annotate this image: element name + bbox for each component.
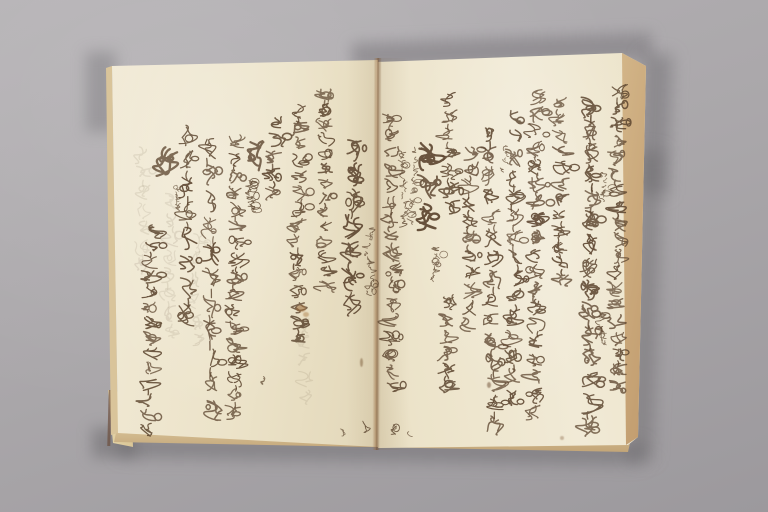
bleed-through-ghost-column [128, 146, 156, 290]
calligraphy-column [424, 246, 445, 296]
ink-stain [296, 305, 306, 312]
photo-backdrop [0, 0, 768, 512]
calligraphy-column [398, 430, 419, 454]
ink-stain [303, 312, 309, 317]
calligraphy-column [353, 420, 374, 448]
bleed-through-ghost-column [183, 231, 211, 365]
bleed-through-ghost-column [156, 192, 184, 356]
bleed-through-ghost-column [291, 316, 319, 420]
calligraphy-column [431, 294, 463, 410]
calligraphy-column [592, 312, 613, 360]
ink-stain [360, 358, 363, 367]
calligraphy-column [252, 376, 273, 400]
calligraphy-column [334, 428, 355, 452]
ink-stain [487, 382, 491, 388]
calligraphy-column [592, 172, 613, 216]
ink-stain [560, 436, 564, 440]
calligraphy-layer [0, 0, 768, 512]
calligraphy-column [359, 226, 380, 312]
calligraphy-column [574, 96, 606, 452]
calligraphy-column [494, 144, 515, 188]
manuscript-book [0, 0, 768, 512]
calligraphy-column [376, 111, 408, 411]
